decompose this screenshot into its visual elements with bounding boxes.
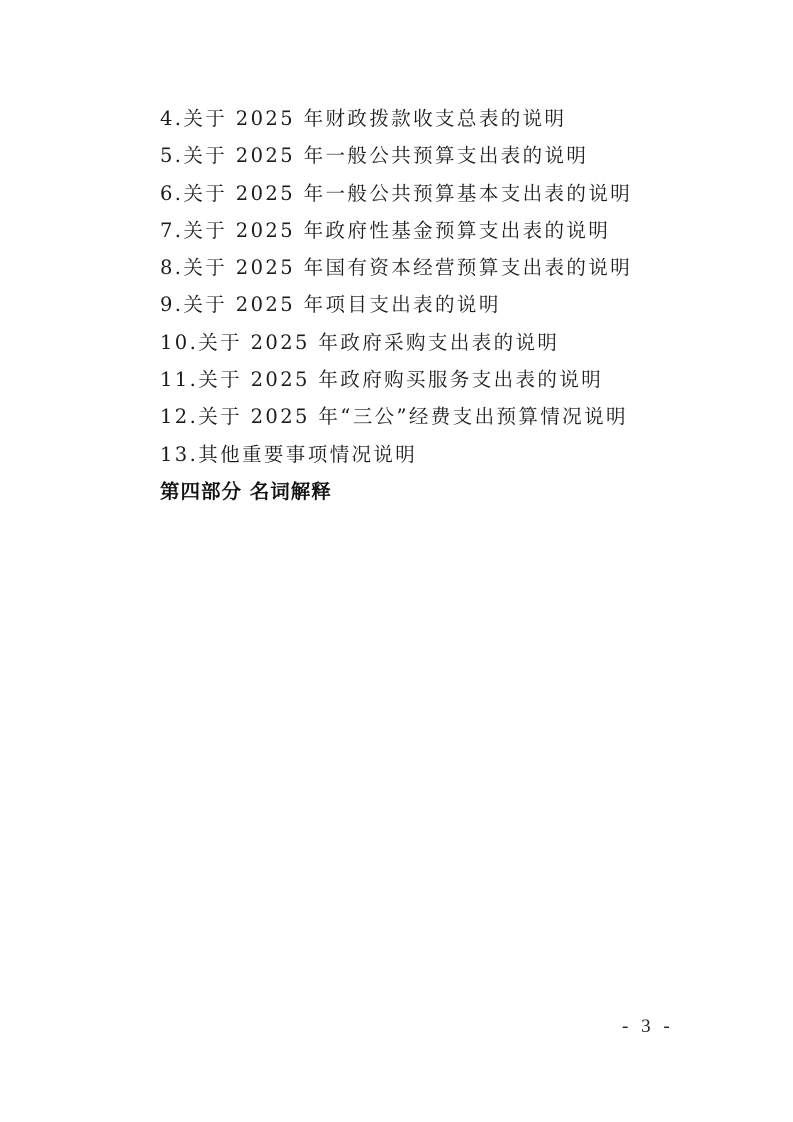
toc-item-8: 8.关于 2025 年国有资本经营预算支出表的说明	[160, 253, 640, 290]
toc-item-11: 11.关于 2025 年政府购买服务支出表的说明	[160, 365, 640, 402]
page-number: - 3 -	[622, 1016, 674, 1038]
toc-item-7: 7.关于 2025 年政府性基金预算支出表的说明	[160, 216, 640, 253]
toc-item-4: 4.关于 2025 年财政拨款收支总表的说明	[160, 104, 640, 141]
toc-item-5: 5.关于 2025 年一般公共预算支出表的说明	[160, 141, 640, 178]
section-heading-part-four: 第四部分 名词解释	[160, 477, 640, 514]
table-of-contents: 4.关于 2025 年财政拨款收支总表的说明 5.关于 2025 年一般公共预算…	[160, 104, 640, 514]
toc-item-12: 12.关于 2025 年“三公”经费支出预算情况说明	[160, 402, 640, 439]
toc-item-10: 10.关于 2025 年政府采购支出表的说明	[160, 328, 640, 365]
toc-item-9: 9.关于 2025 年项目支出表的说明	[160, 290, 640, 327]
document-page: 4.关于 2025 年财政拨款收支总表的说明 5.关于 2025 年一般公共预算…	[0, 0, 793, 1122]
toc-item-13: 13.其他重要事项情况说明	[160, 440, 640, 477]
toc-item-6: 6.关于 2025 年一般公共预算基本支出表的说明	[160, 179, 640, 216]
